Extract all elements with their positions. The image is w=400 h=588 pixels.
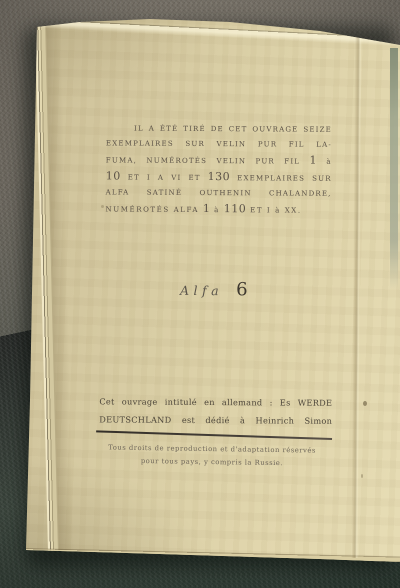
- book-photo: IL A ÉTÉ TIRÉ DE CET OUVRAGE SEIZE EXEMP…: [0, 0, 400, 588]
- rights-notice: Tous droits de reproduction et d'adaptat…: [82, 441, 342, 471]
- limitation-notice: IL A ÉTÉ TIRÉ DE CET OUVRAGE SEIZE EXEMP…: [105, 121, 332, 218]
- limitation-line: ALFA SATINÉ OUTHENIN CHALANDRE,: [106, 185, 332, 201]
- limitation-line: 10 ET I A VI ET 130 EXEMPLAIRES SUR: [106, 168, 332, 186]
- limitation-line: IL A ÉTÉ TIRÉ DE CET OUVRAGE SEIZE: [106, 121, 332, 137]
- copy-number: 6: [236, 279, 248, 300]
- limitation-line: FUMA, NUMÉROTÉS VELIN PUR FIL 1 à: [106, 151, 332, 169]
- dedication-line: DEUTSCHLAND est dédié à Heinrich Simon: [99, 410, 332, 429]
- limitation-line: EXEMPLAIRES SUR VELIN PUR FIL LA-: [106, 136, 332, 152]
- printed-text-layer: IL A ÉTÉ TIRÉ DE CET OUVRAGE SEIZE EXEMP…: [0, 0, 400, 588]
- separator-rule: [96, 430, 332, 440]
- edition-designation: Alfa 6: [180, 279, 248, 300]
- edition-paper-name: Alfa: [180, 283, 223, 298]
- dedication-line: Cet ouvrage intitulé en allemand : Es WE…: [99, 392, 332, 411]
- limitation-line: NUMÉROTÉS ALFA 1 à 110 ET I à XX.: [105, 200, 331, 218]
- dedication-text: Cet ouvrage intitulé en allemand : Es WE…: [99, 392, 332, 429]
- book-page: IL A ÉTÉ TIRÉ DE CET OUVRAGE SEIZE EXEMP…: [0, 0, 400, 588]
